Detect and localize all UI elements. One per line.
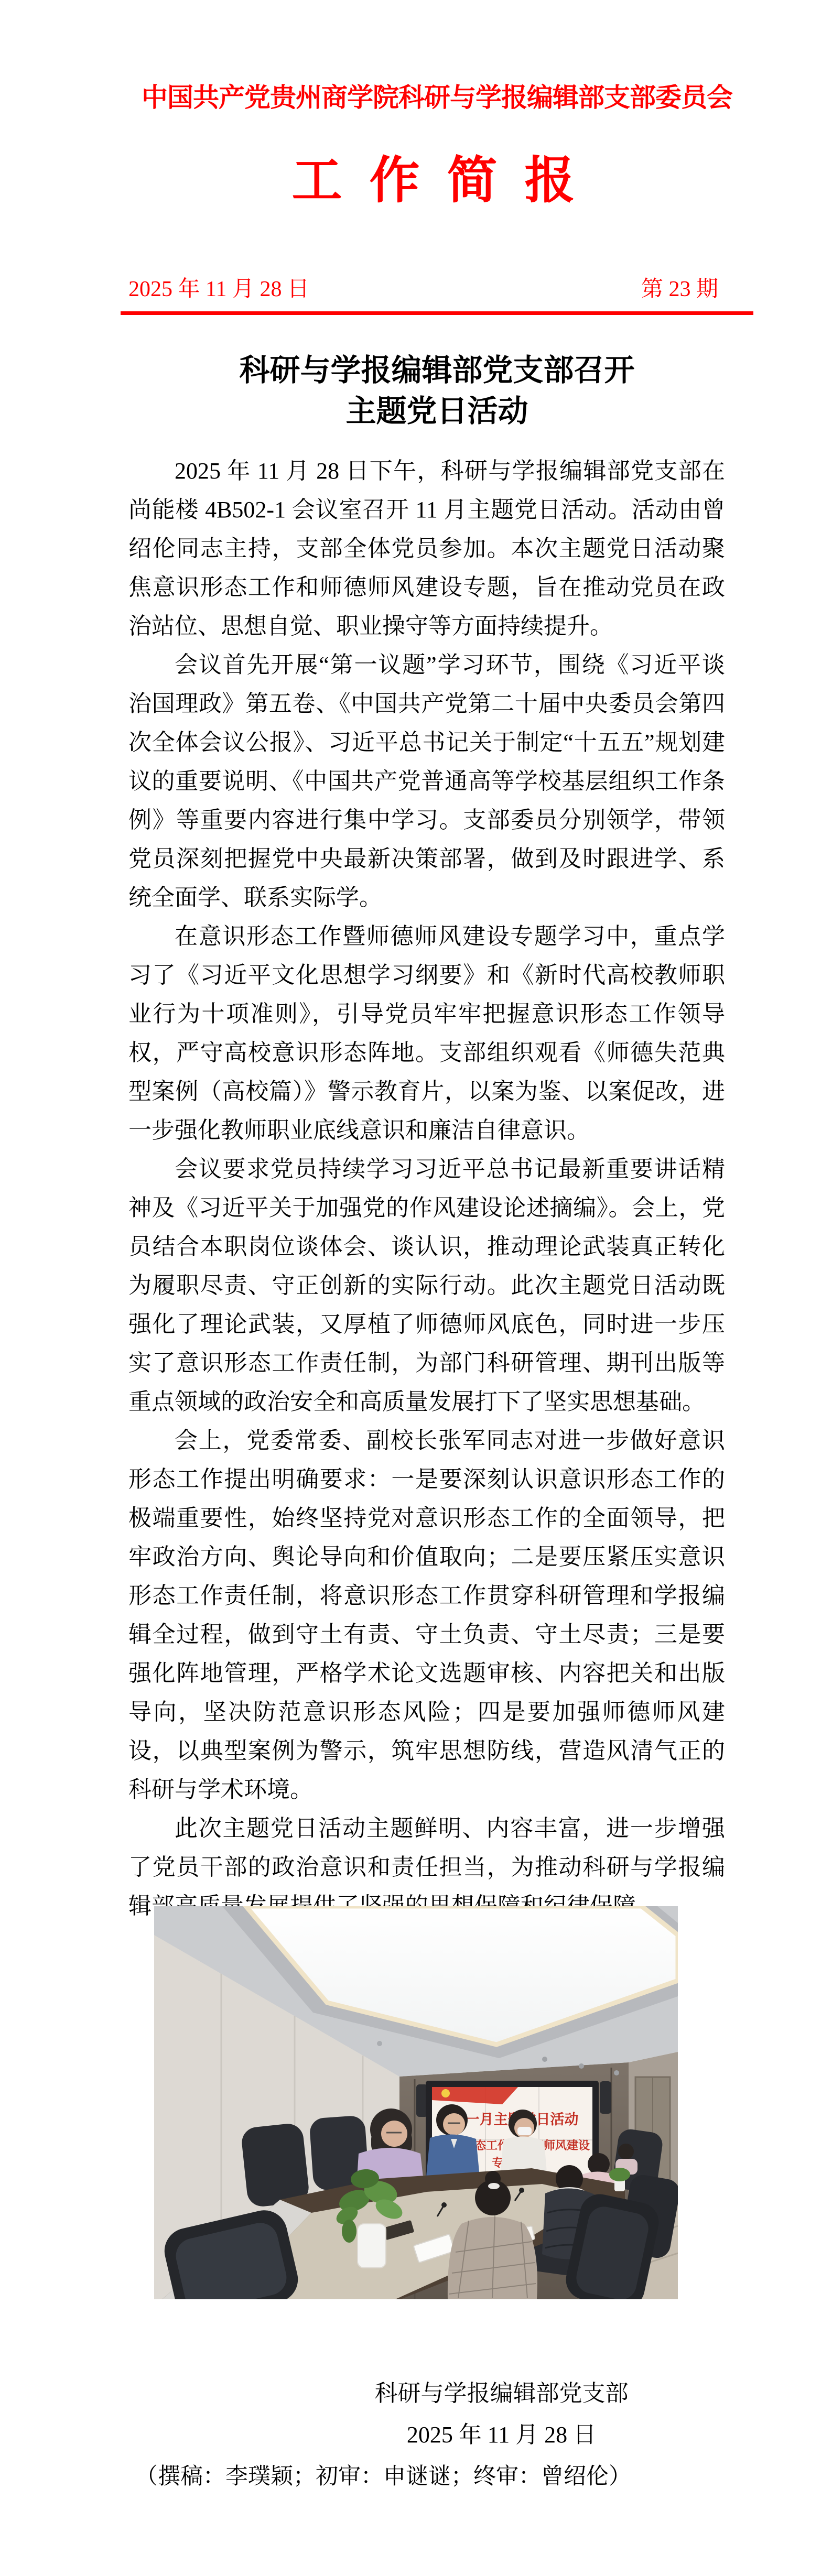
downlight [542, 2057, 547, 2062]
article-paragraph: 会上，党委常委、副校长张军同志对进一步做好意识形态工作提出明确要求：一是要深刻认… [128, 1421, 725, 1809]
org-title: 中国共产党贵州商学院科研与学报编辑部支部委员会 [121, 77, 753, 114]
footer-date: 2025 年 11 月 28 日 [250, 2416, 753, 2449]
downlight [377, 2041, 382, 2046]
meeting-photo: 十一月主题党日活动 意识形态工作暨师德师风建设 专题学习 2025年11月28日 [154, 1906, 678, 2299]
issue-number: 第 23 期 [641, 271, 718, 303]
footer-signature: 科研与学报编辑部党支部 [250, 2374, 753, 2408]
footer-credits: （撰稿：李璞颖；初审：申谜谜；终审：曾绍伦） [135, 2459, 631, 2491]
article-paragraph: 会议要求党员持续学习习近平总书记最新重要讲话精神及《习近平关于加强党的作风建设论… [128, 1150, 725, 1421]
article-paragraph: 会议首先开展“第一议题”学习环节，围绕《习近平谈治国理政》第五卷、《中国共产党第… [128, 646, 725, 917]
red-divider-rule [121, 311, 753, 315]
issue-row: 2025 年 11 月 28 日 第 23 期 [128, 271, 718, 303]
bulletin-masthead: 工 作 简 报 [121, 140, 753, 212]
bulletin-page: 中国共产党贵州商学院科研与学报编辑部支部委员会 工 作 简 报 2025 年 1… [0, 0, 832, 2576]
downlight [614, 2070, 619, 2075]
article-body: 2025 年 11 月 28 日下午，科研与学报编辑部党支部在尚能楼 4B502… [128, 452, 725, 1926]
article-paragraph: 2025 年 11 月 28 日下午，科研与学报编辑部党支部在尚能楼 4B502… [128, 452, 725, 646]
issue-date: 2025 年 11 月 28 日 [128, 271, 309, 303]
article-title-line1: 科研与学报编辑部党支部召开 [121, 350, 753, 391]
speaker-right [600, 2081, 611, 2114]
article-paragraph: 在意识形态工作暨师德师风建设专题学习中，重点学习了《习近平文化思想学习纲要》和《… [128, 917, 725, 1150]
article-title-line2: 主题党日活动 [121, 391, 753, 432]
meeting-photo-scene: 十一月主题党日活动 意识形态工作暨师德师风建设 专题学习 2025年11月28日 [154, 1906, 678, 2299]
office-chair [240, 2122, 310, 2208]
article-title: 科研与学报编辑部党支部召开 主题党日活动 [121, 350, 753, 432]
downlight [579, 2063, 584, 2069]
